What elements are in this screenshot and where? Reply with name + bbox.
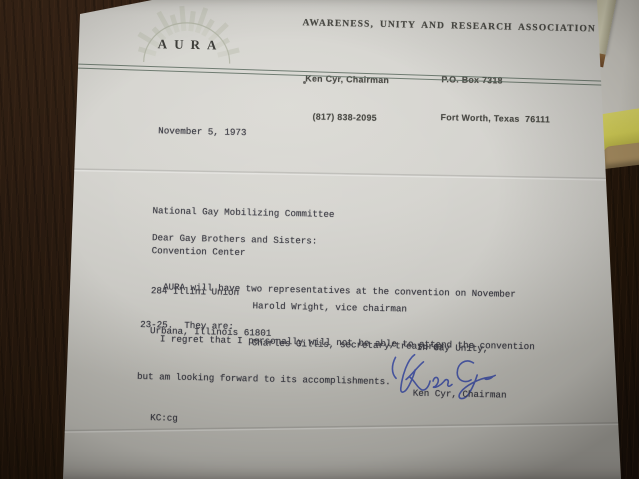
recipient-line: National Gay Mobilizing Committee bbox=[152, 204, 334, 221]
contact-city: Fort Worth, Texas 76111 bbox=[440, 111, 550, 126]
date-line: November 5, 1973 bbox=[158, 124, 246, 139]
typist-reference: KC:cg bbox=[150, 411, 178, 425]
photo-of-letter-on-desk: AURA AWARENESS, UNITY AND RESEARCH ASSOC… bbox=[0, 0, 639, 479]
contact-phone: (817) 838-2095 bbox=[304, 110, 388, 124]
letter-paper: AURA AWARENESS, UNITY AND RESEARCH ASSOC… bbox=[0, 0, 639, 479]
logo-text: AURA bbox=[112, 35, 262, 54]
organization-name: AWARENESS, UNITY AND RESEARCH ASSOCIATIO… bbox=[302, 18, 596, 34]
paper-speck bbox=[303, 81, 306, 84]
contact-chairman-block: Ken Cyr, Chairman (817) 838-2095 bbox=[304, 47, 390, 149]
sunburst-icon bbox=[112, 0, 263, 64]
contact-address-block: P.O. Box 7318 Fort Worth, Texas 76111 bbox=[440, 48, 552, 150]
manila-folder-edge bbox=[603, 142, 639, 169]
letter-content: AURA AWARENESS, UNITY AND RESEARCH ASSOC… bbox=[65, 0, 605, 479]
aura-logo: AURA bbox=[112, 0, 263, 64]
typed-signature-name: Ken Cyr, Chairman bbox=[413, 387, 507, 402]
